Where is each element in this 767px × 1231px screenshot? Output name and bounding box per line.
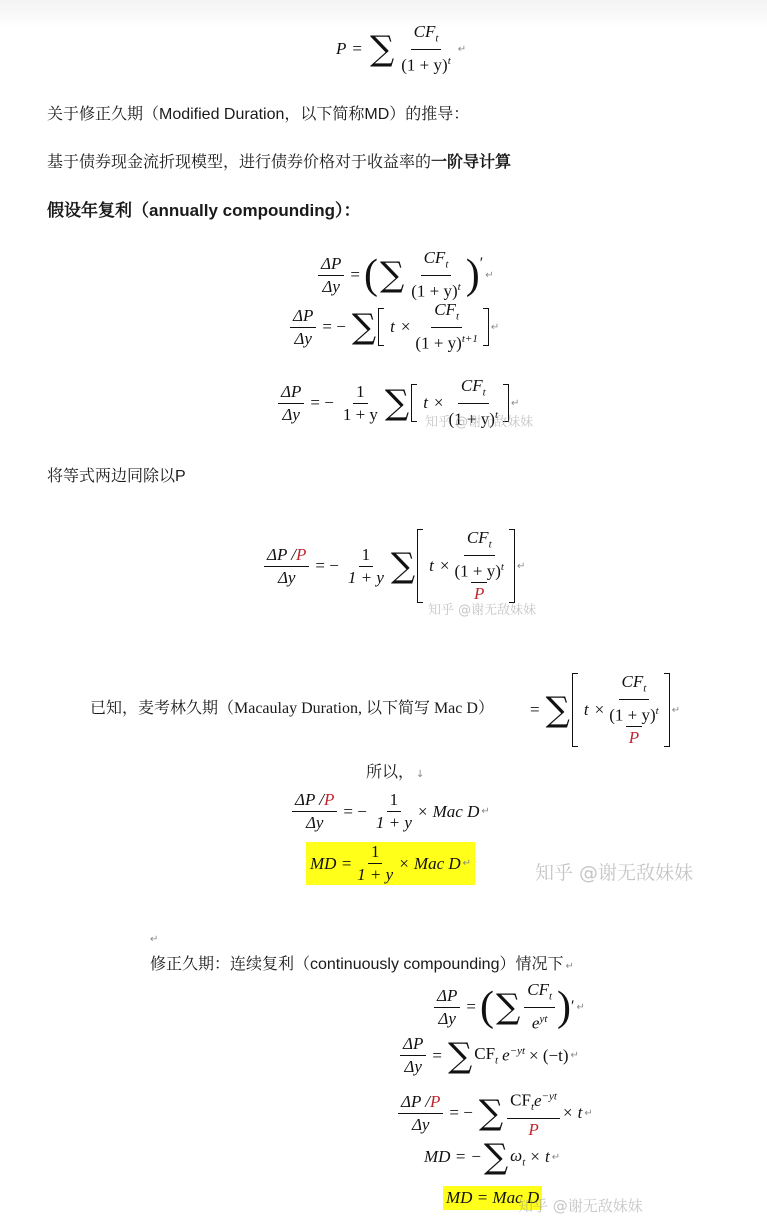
md-rhs: × Mac D — [398, 854, 460, 874]
return-mark-icon: ↵ — [517, 561, 525, 572]
divide-line: 将等式两边同除以P — [47, 466, 186, 488]
tail: × t — [562, 1103, 582, 1123]
return-mark-icon: ↵ — [485, 270, 493, 281]
lhs-den: Δy — [303, 812, 327, 833]
coef-den: 1 + y — [343, 405, 378, 424]
continuous-eq-2: ΔPΔy = ∑ CFt e−yt × (−t) ↵ — [398, 1034, 579, 1077]
continuous-eq-1: ΔPΔy = (∑ CFteyt )′ ↵ — [432, 980, 585, 1034]
omega: ω — [510, 1146, 522, 1165]
lhs-num: ΔP / — [267, 545, 296, 564]
equals-sign: = — [530, 700, 540, 720]
equals-sign: = — [352, 39, 362, 59]
denominator: (1 + y) — [401, 56, 447, 75]
md-lhs: MD = — [310, 854, 352, 874]
tail: × (−t) — [529, 1046, 568, 1066]
annual-eq-1: ΔPΔy = (∑ CFt(1 + y)t )′ ↵ — [316, 248, 494, 302]
superscript: t+1 — [462, 333, 478, 345]
watermark: 知乎 @谢无敌妹妹 — [425, 411, 533, 430]
divided-eq: ΔP /PΔy = − 11 + y ∑ t× CFt(1 + y)tP ↵ — [262, 528, 525, 604]
watermark: 知乎 @谢无敌妹妹 — [428, 599, 536, 618]
formula-price: P = ∑ CFt (1 + y)t ↵ — [336, 22, 466, 76]
macaulay-eq: = ∑ t× CFt(1 + y)tP ↵ — [530, 672, 680, 748]
cf: CF — [474, 1044, 495, 1063]
basis-bold: 一阶导计算 — [431, 154, 511, 171]
return-mark-icon: ↵ — [481, 806, 489, 817]
exp-base: e — [502, 1046, 510, 1065]
lhs-den: Δy — [275, 567, 299, 588]
therefore-label: 所以，↓ — [366, 762, 424, 786]
lhs-num-p: P — [324, 790, 334, 809]
coef-num: 1 — [368, 842, 383, 864]
lhs-num: ΔP — [290, 306, 316, 328]
rhs: × Mac D — [417, 802, 479, 822]
formula-lhs: P — [336, 39, 346, 59]
lhs-num: ΔP / — [295, 790, 324, 809]
result-eq: ΔP /PΔy = − 11 + y × Mac D ↵ — [290, 790, 490, 833]
tail: × t — [529, 1147, 549, 1167]
return-mark-icon: ↵ — [511, 398, 519, 409]
md-annual-highlight: MD = 11 + y × Mac D ↵ — [306, 842, 475, 885]
superscript: yt — [539, 1013, 547, 1025]
return-mark-icon: ↵ — [150, 934, 158, 945]
superscript: t — [448, 55, 451, 67]
annual-eq-2: ΔPΔy = − ∑ t× CFt(1 + y)t+1 ↵ — [288, 300, 499, 354]
lhs-num: ΔP — [278, 382, 304, 404]
lhs-den: Δy — [279, 404, 303, 425]
continuous-eq-4: MD = − ∑ ωt × t ↵ — [424, 1142, 560, 1172]
continuous-heading: 修正久期：连续复利（continuously compounding）情况下↵ — [150, 954, 574, 978]
annual-heading: 假设年复利（annually compounding）： — [47, 200, 361, 222]
lhs-den: Δy — [319, 276, 343, 297]
continuous-eq-3: ΔP /PΔy = − ∑ CFte−ytP × t ↵ — [396, 1086, 593, 1140]
numerator: CF — [414, 22, 436, 41]
return-mark-icon: ↵ — [584, 1108, 592, 1119]
md-lhs: MD = − — [424, 1147, 482, 1167]
return-mark-icon: ↵ — [552, 1152, 560, 1163]
macaulay-line: 已知，麦考林久期（Macaulay Duration, 以下简写 Mac D） — [90, 698, 494, 720]
lhs-num-p: P — [296, 545, 306, 564]
lhs-num: ΔP — [318, 254, 344, 276]
continuous-heading-text: 修正久期：连续复利（continuously compounding）情况下 — [150, 956, 563, 973]
return-mark-icon: ↵ — [463, 858, 471, 869]
watermark: 知乎 @谢无敌妹妹 — [518, 1195, 643, 1216]
superscript: −yt — [510, 1045, 525, 1057]
coef-den: 1 + y — [354, 864, 396, 885]
return-mark-icon: ↵ — [571, 1050, 579, 1061]
return-mark-icon: ↵ — [577, 1002, 585, 1013]
intro-line: 关于修正久期（Modified Duration，以下简称MD）的推导： — [47, 104, 469, 126]
sum-symbol: ∑ — [370, 34, 394, 64]
return-mark-icon: ↵ — [672, 705, 680, 716]
basis-prefix: 基于债券现金流折现模型，进行债券价格对于收益率的 — [47, 154, 431, 171]
return-mark-icon: ↵ — [491, 322, 499, 333]
coef-num: 1 — [353, 382, 368, 404]
lhs-den: Δy — [291, 328, 315, 349]
watermark: 知乎 @谢无敌妹妹 — [535, 858, 693, 885]
subscript: t — [435, 32, 438, 44]
fraction: CFt (1 + y)t — [398, 22, 453, 76]
basis-line: 基于债券现金流折现模型，进行债券价格对于收益率的一阶导计算 — [47, 152, 511, 174]
therefore-text: 所以， — [366, 764, 414, 781]
return-mark-icon: ↵ — [458, 44, 466, 55]
